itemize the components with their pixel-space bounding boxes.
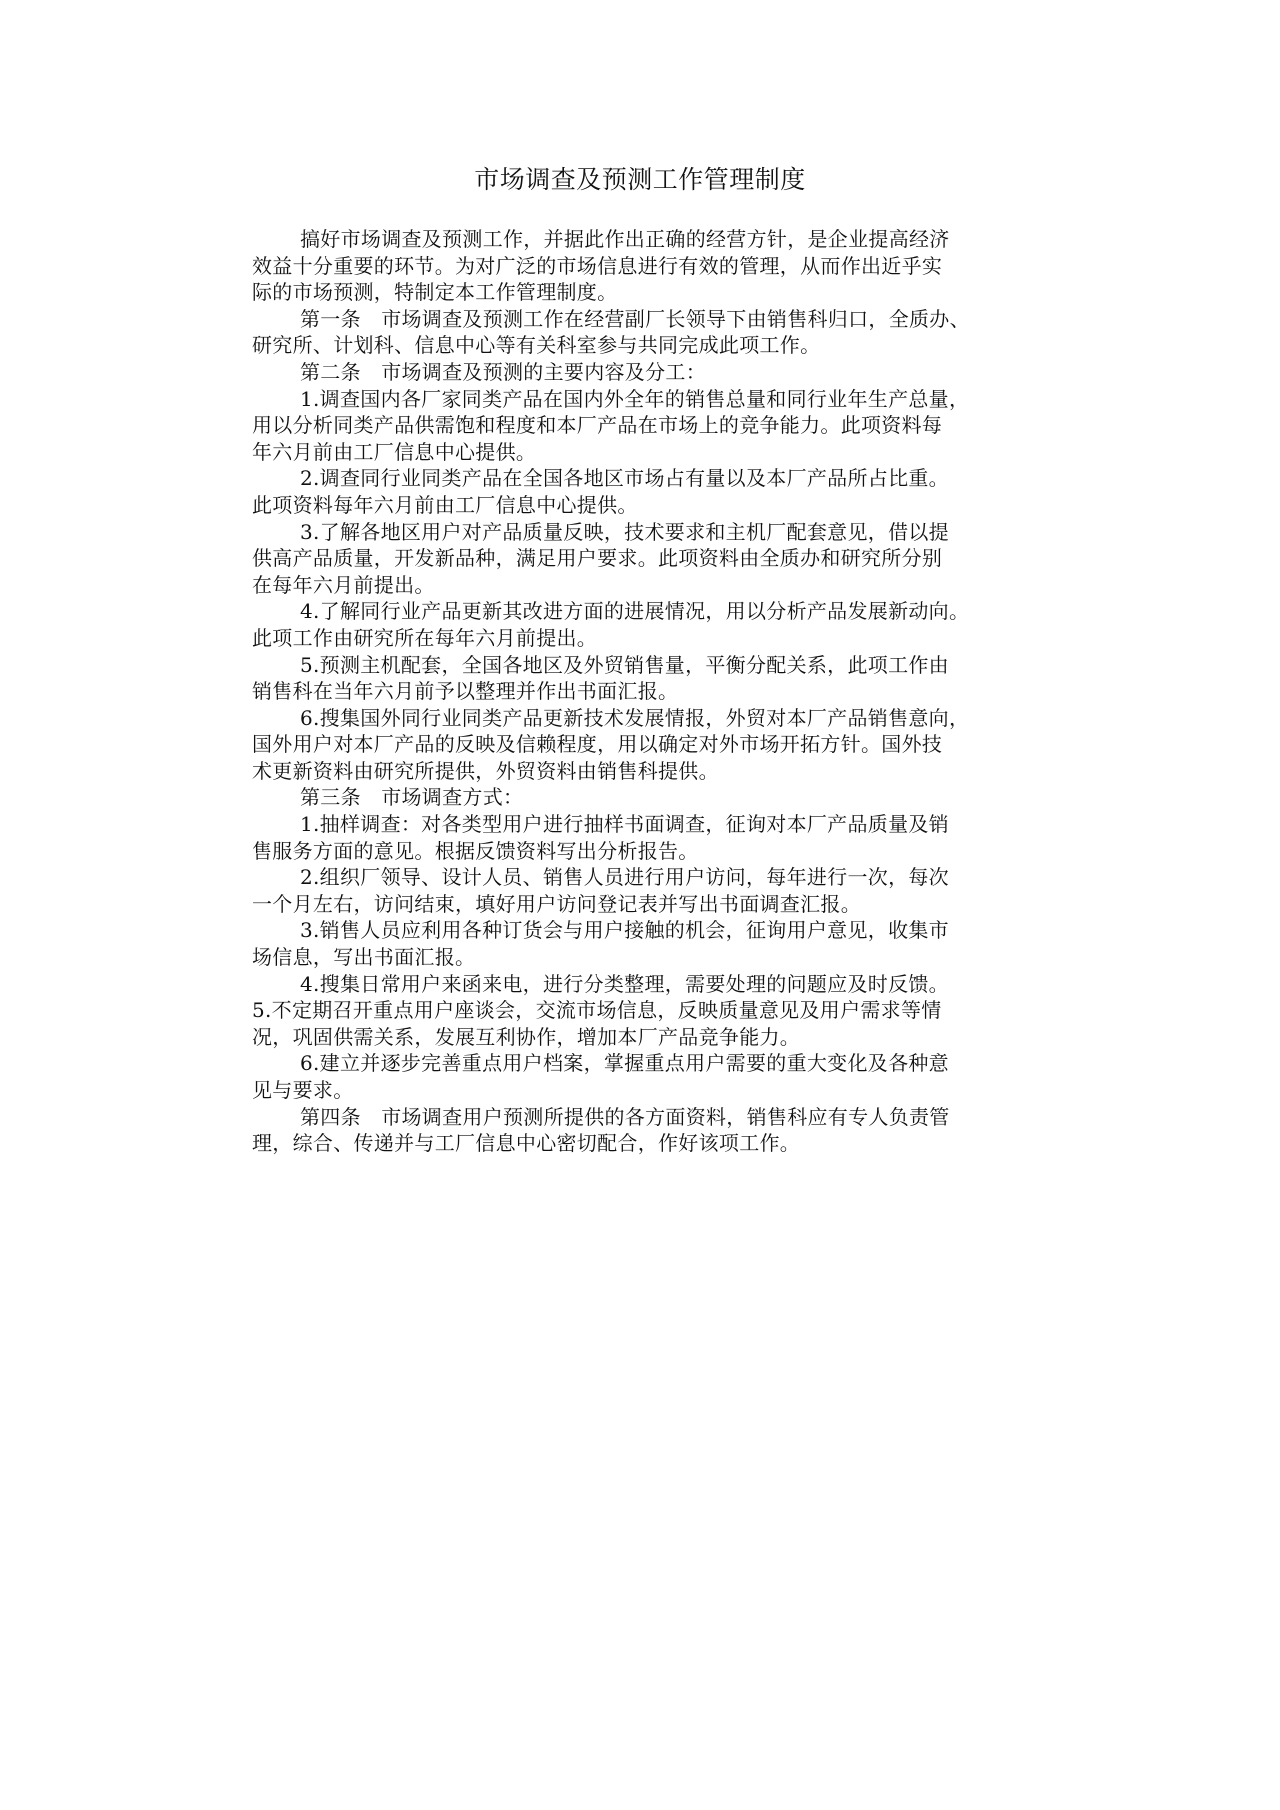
document-line: 年六月前由工厂信息中心提供。 <box>252 439 1052 466</box>
document-line: 术更新资料由研究所提供，外贸资料由销售科提供。 <box>252 758 1052 785</box>
document-line: 2.组织厂领导、设计人员、销售人员进行用户访问，每年进行一次，每次 <box>252 864 1052 891</box>
document-line: 1.调查国内各厂家同类产品在国内外全年的销售总量和同行业年生产总量， <box>252 386 1052 413</box>
document-line: 场信息，写出书面汇报。 <box>252 944 1052 971</box>
document-line: 第四条 市场调查用户预测所提供的各方面资料，销售科应有专人负责管 <box>252 1104 1052 1131</box>
document-line: 5.预测主机配套，全国各地区及外贸销售量，平衡分配关系，此项工作由 <box>252 652 1052 679</box>
document-line: 用以分析同类产品供需饱和程度和本厂产品在市场上的竞争能力。此项资料每 <box>252 412 1052 439</box>
document-line: 第二条 市场调查及预测的主要内容及分工： <box>252 359 1052 386</box>
document-title: 市场调查及预测工作管理制度 <box>0 160 1280 196</box>
document-line: 4.了解同行业产品更新其改进方面的进展情况，用以分析产品发展新动向。 <box>252 598 1052 625</box>
document-line: 2.调查同行业同类产品在全国各地区市场占有量以及本厂产品所占比重。 <box>252 465 1052 492</box>
document-line: 销售科在当年六月前予以整理并作出书面汇报。 <box>252 678 1052 705</box>
document-line: 此项工作由研究所在每年六月前提出。 <box>252 625 1052 652</box>
document-line: 一个月左右，访问结束，填好用户访问登记表并写出书面调查汇报。 <box>252 891 1052 918</box>
document-line: 6.建立并逐步完善重点用户档案，掌握重点用户需要的重大变化及各种意 <box>252 1050 1052 1077</box>
document-line: 搞好市场调查及预测工作，并据此作出正确的经营方针，是企业提高经济 <box>252 226 1052 253</box>
document-line: 3.销售人员应利用各种订货会与用户接触的机会，征询用户意见，收集市 <box>252 917 1052 944</box>
document-line: 3.了解各地区用户对产品质量反映，技术要求和主机厂配套意见，借以提 <box>252 519 1052 546</box>
document-page: 市场调查及预测工作管理制度 搞好市场调查及预测工作，并据此作出正确的经营方针，是… <box>0 0 1280 1810</box>
document-line: 售服务方面的意见。根据反馈资料写出分析报告。 <box>252 838 1052 865</box>
document-line: 际的市场预测，特制定本工作管理制度。 <box>252 279 1052 306</box>
document-line: 供高产品质量，开发新品种，满足用户要求。此项资料由全质办和研究所分别 <box>252 545 1052 572</box>
document-line: 国外用户对本厂产品的反映及信赖程度，用以确定对外市场开拓方针。国外技 <box>252 731 1052 758</box>
document-line: 理，综合、传递并与工厂信息中心密切配合，作好该项工作。 <box>252 1130 1052 1157</box>
document-line: 效益十分重要的环节。为对广泛的市场信息进行有效的管理，从而作出近乎实 <box>252 253 1052 280</box>
document-line: 况，巩固供需关系，发展互利协作，增加本厂产品竞争能力。 <box>252 1024 1052 1051</box>
document-line: 在每年六月前提出。 <box>252 572 1052 599</box>
document-line: 第三条 市场调查方式： <box>252 784 1052 811</box>
document-line: 4.搜集日常用户来函来电，进行分类整理，需要处理的问题应及时反馈。 <box>252 971 1052 998</box>
document-body: 搞好市场调查及预测工作，并据此作出正确的经营方针，是企业提高经济效益十分重要的环… <box>252 226 1052 1157</box>
document-line: 1.抽样调查：对各类型用户进行抽样书面调查，征询对本厂产品质量及销 <box>252 811 1052 838</box>
document-line: 5.不定期召开重点用户座谈会，交流市场信息，反映质量意见及用户需求等情 <box>252 997 1052 1024</box>
document-line: 6.搜集国外同行业同类产品更新技术发展情报，外贸对本厂产品销售意向， <box>252 705 1052 732</box>
document-line: 见与要求。 <box>252 1077 1052 1104</box>
document-line: 此项资料每年六月前由工厂信息中心提供。 <box>252 492 1052 519</box>
document-line: 第一条 市场调查及预测工作在经营副厂长领导下由销售科归口，全质办、 <box>252 306 1052 333</box>
document-line: 研究所、计划科、信息中心等有关科室参与共同完成此项工作。 <box>252 332 1052 359</box>
